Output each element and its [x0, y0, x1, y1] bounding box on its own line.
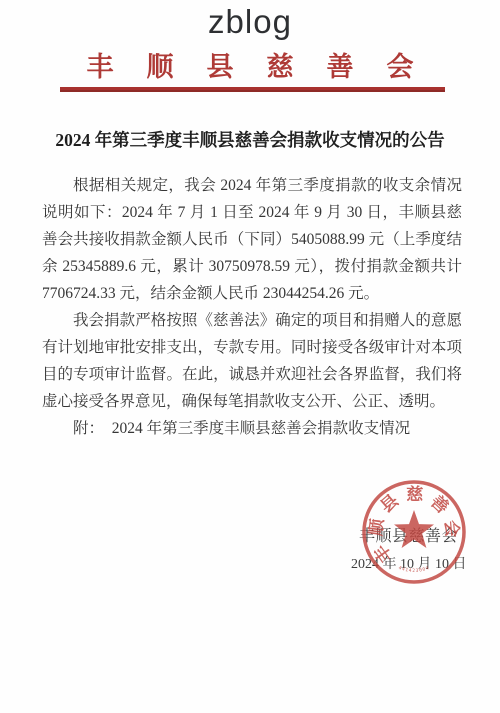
- official-seal-stamp: 丰 顺 县 慈 善 会 441423004: [358, 476, 470, 588]
- seal-char-5: 会: [441, 519, 462, 538]
- seal-registration-code: 441423004: [398, 565, 431, 574]
- paragraph-attachment: 附： 2024 年第三季度丰顺县慈善会捐款收支情况: [42, 415, 462, 442]
- seal-char-3: 慈: [406, 484, 423, 504]
- letterhead-org-name-text: 丰顺县慈善会: [87, 52, 447, 82]
- seal-char-1: 顺: [366, 517, 387, 537]
- announcement-page: zblog 丰顺县慈善会 2024 年第三季度丰顺县慈善会捐款收支情况的公告 根…: [0, 0, 500, 713]
- letterhead-org-name: 丰顺县慈善会: [0, 51, 500, 83]
- seal-star-icon: [394, 510, 434, 548]
- document-title: 2024 年第三季度丰顺县慈善会捐款收支情况的公告: [28, 128, 472, 152]
- letterhead-rule: [60, 87, 445, 92]
- paragraph-supervision: 我会捐款严格按照《慈善法》确定的项目和捐赠人的意愿有计划地审批安排支出，专款专用…: [42, 307, 462, 415]
- paragraph-financial-summary: 根据相关规定，我会 2024 年第三季度捐款的收支余情况说明如下：2024 年 …: [42, 172, 462, 307]
- site-title[interactable]: zblog: [0, 0, 500, 42]
- document-body: 根据相关规定，我会 2024 年第三季度捐款的收支余情况说明如下：2024 年 …: [42, 172, 462, 442]
